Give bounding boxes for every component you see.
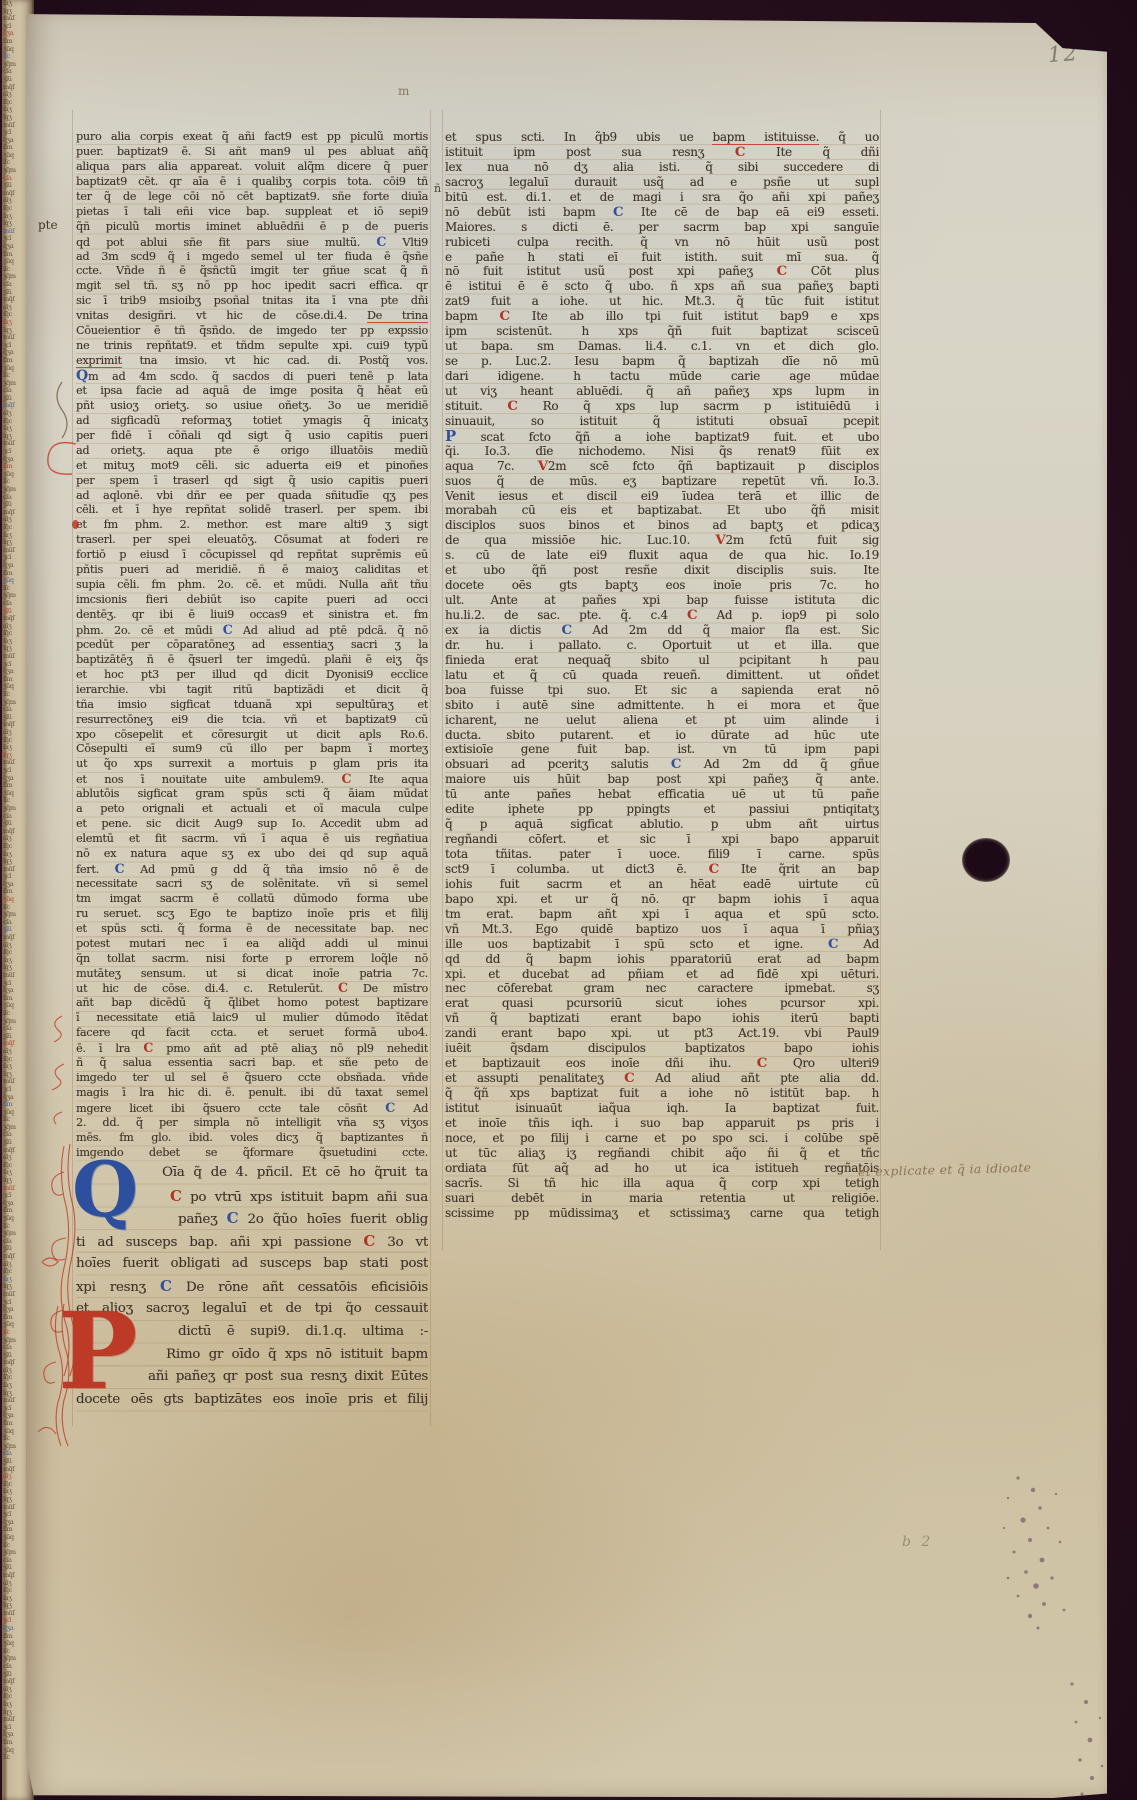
ruling-line-vertical: [430, 110, 431, 1426]
text-line: dentēʒ. qr ibi ē liui9 occas9 et sinistr…: [76, 608, 428, 623]
text-line: Maiores. s dicti ē. per sacrm bap xpi sa…: [445, 220, 879, 235]
parchment-stain: [26, 6, 1107, 126]
text-line: iuēit q̃sdam discipulos baptizatos bapo …: [445, 1041, 879, 1056]
text-line: et pene. sic dicit Aug9 sup Io. Accedit …: [76, 817, 428, 832]
text-line: q̃ q̃ñ xps baptizat fuit a iohe nō istit…: [445, 1086, 879, 1101]
text-line: tota tñitas. pater ī uoce. fili9 ī carne…: [445, 847, 879, 862]
text-line: bitū est. di.1. et de magi i sra q̃o añi…: [445, 190, 879, 205]
text-line: vñ q̃ baptizati erant bapo iohis iterū b…: [445, 1011, 879, 1026]
text-line: xpo cōsepelit et cōresurgit ut dicit apl…: [76, 728, 428, 743]
text-line: P scat fcto q̃ñ a iohe baptizat9 fuit. e…: [445, 429, 879, 444]
text-line: pñt usioʒ orietʒ. so usiue oñetʒ. 3o ue …: [76, 399, 428, 414]
text-line: sbito i autē sine admittente. h ei mora …: [445, 698, 879, 713]
text-line: ad orietʒ. aqua pte ē origo illuatōis me…: [76, 444, 428, 459]
text-line: fortiō p eiusd ī cōcupissel qd repñtat s…: [76, 548, 428, 563]
text-line: istituit ipm post sua resnʒ C Ite q̃ dñi: [445, 145, 879, 160]
text-line: vnitas desigñri. vt hic de cōse.di.4. De…: [76, 309, 428, 324]
text-line: mgere licet ibi q̃suero ccte tale cōsñt …: [76, 1101, 428, 1116]
text-line: sacrīs. Si tñ hic illa aqua q̃ corp xpi …: [445, 1176, 879, 1191]
text-line: baptizat9 cēt. qr aīa ē i qualibʒ corpis…: [76, 175, 428, 190]
text-line: zandi erant bapo xpi. ut pt3 Act.19. vbi…: [445, 1026, 879, 1041]
text-line: zat9 fuit a iohe. ut hic. Mt.3. q̃ tūc f…: [445, 294, 879, 309]
text-line: ut q̃o xps surrexit a mortuis p glam pri…: [76, 757, 428, 772]
text-line: suos q̃ de mūs. eʒ baptizare repetūt vñ.…: [445, 474, 879, 489]
text-line: noce, et po filij i carne et po spo sci.…: [445, 1131, 879, 1146]
text-line: edite iphete pp ppingts et passiui pntiq…: [445, 802, 879, 817]
text-line: necessitate sacri sʒ de solēnitate. vñ s…: [76, 877, 428, 892]
text-line: istitut isinuaūt iaq̃ua iqh. Ia baptizat…: [445, 1101, 879, 1116]
text-line: obsuari ad pceritʒ salutis C Ad 2m dd q̃…: [445, 757, 879, 772]
text-line: bapo xpi. et ur q̃ nō. qr bapm iohis ī a…: [445, 892, 879, 907]
text-line: q̃ p aquā sigficat ablutio. p ubm añt ui…: [445, 817, 879, 832]
text-line: ad sigficadũ reformaʒ totiet ymagis q̃ i…: [76, 414, 428, 429]
text-line: tū ante pañes hebat efficatia uē ut tū p…: [445, 787, 879, 802]
text-line: a peto orignali et actuali et oī macula …: [76, 802, 428, 817]
text-line: ñ q̃ salua essentia sacri bap. et sñe pe…: [76, 1056, 428, 1071]
text-line: ad 3m scd9 q̃ i mgedo semel ul ter fiuda…: [76, 250, 428, 265]
text-line: facere qd facit ccta. et seruet formā ub…: [76, 1026, 428, 1041]
text-line: latu et q̃ cū quada reueñ. dimittent. ut…: [445, 668, 879, 683]
text-line: maiore uis hūit bap post xpi pañeʒ q̃ an…: [445, 772, 879, 787]
text-line: magis ī lra hic di. ē. penult. ibi dū ta…: [76, 1086, 428, 1101]
wormhole: [962, 838, 1010, 882]
text-line: fert. C Ad pmū g dd q̃ tña imsio nō ē de: [76, 862, 428, 877]
text-line: qd pot ablui sñe fit pars siue multũ. C …: [76, 235, 428, 250]
text-line: phm. 2o. cē et mūdi C Ad aliud ad ptē pd…: [76, 623, 428, 638]
text-line: ducta. sbito putarent. et io dūrate ad h…: [445, 728, 879, 743]
text-line: et fm phm. 2. methor. est mare alti9 ʒ s…: [76, 518, 428, 533]
text-line: s. cū de late ei9 fluxit aqua de qua hic…: [445, 548, 879, 563]
text-line: scissime pp mūdissimaʒ et sctissimaʒ car…: [445, 1206, 879, 1221]
text-line: aliqua pars alia appareat. voluit alq̃m …: [76, 160, 428, 175]
text-line: et ipsa facie ad aquā de imge posita q̃ …: [76, 384, 428, 399]
text-line: ipm scistenūt. h xps q̃ñ fuit baptizat s…: [445, 324, 879, 339]
text-line: ille uos baptizabit ī spū scto et igne. …: [445, 937, 879, 952]
text-line: ē. ī lra C pmo añt ad ptē aliaʒ nō pl9 n…: [76, 1041, 428, 1056]
red-ink-dot: [72, 520, 79, 529]
text-line: ru seruet. scʒ Ego te baptizo inoīe pris…: [76, 907, 428, 922]
top-center-mark: m: [398, 84, 409, 98]
text-line: mutāteʒ sensum. ut si dicat inoīe patria…: [76, 967, 428, 982]
text-line: sic ī trib9 msioibʒ psoñal tnitas ita ī …: [76, 294, 428, 309]
text-line: ex ia dictis C Ad 2m dd q̃ maior fla est…: [445, 623, 879, 638]
text-line: regñandi cōfert. et sic ī xpi bapo appar…: [445, 832, 879, 847]
text-line: ut viʒ heant abluēdi. q̃ añ pañeʒ xps lu…: [445, 384, 879, 399]
red-penwork-filigree: [32, 1302, 74, 1452]
text-line: Qm ad 4m scdo. q̃ sacdos di pueri tenē p…: [76, 369, 428, 384]
text-line: puer. baptizat9 ē. Si añt man9 ul pes ab…: [76, 145, 428, 160]
text-line: et baptizauit eos inoīe dñi ihu. C Qro u…: [445, 1056, 879, 1071]
text-line: et nos ī nouitate uite ambulem9. C Ite a…: [76, 772, 428, 787]
text-line: tña imsio sigficat tduanā xpi sepultūraʒ…: [76, 698, 428, 713]
ruling-line-vertical: [880, 110, 881, 1250]
text-line: per fidē ī cōñali qd sigt q̃ usio capiti…: [76, 429, 428, 444]
text-line: imgedo ter ul sel ē q̃suero ccte obsñada…: [76, 1071, 428, 1086]
margin-mark-col2: ñ: [434, 182, 441, 195]
text-line: docete oēs gts baptʒ eos inoīe pris 7c. …: [445, 578, 879, 593]
text-line: sct9 ī columba. ut dict3 ē. C Ite q̃rit …: [445, 862, 879, 877]
speckled-stain: [1052, 1674, 1112, 1800]
text-line: exprimit tna imsio. vt hic cad. di. Post…: [76, 354, 428, 369]
text-line: et assupti penalitateʒ C Ad aliud añt pt…: [445, 1071, 879, 1086]
text-line: ut hic de cōse. di.4. c. Retulerūt. C De…: [76, 981, 428, 996]
text-line: sacroʒ legaluī durauit usq̃ ad e psñe ut…: [445, 175, 879, 190]
ruling-line-vertical: [442, 110, 443, 1250]
speckled-stain: [978, 1468, 1098, 1638]
text-line: dr. hu. i pallato. c. Oportuit ut et ill…: [445, 638, 879, 653]
text-line: elemtū et fit sacrm. vñ ī aqua ē uis reg…: [76, 832, 428, 847]
text-line: per spem ī traserl qd sigt q̃ usio capit…: [76, 474, 428, 489]
text-line: iohis fuit sacrm et an hēat eadē uirtute…: [445, 877, 879, 892]
text-line: se p. Luc.2. Iesu bapm q̃ baptizah dīe n…: [445, 354, 879, 369]
text-line: bapm C Ite ab illo tpi fuit istitut bap9…: [445, 309, 879, 324]
text-line: stituit. C Ro q̃ xps lup sacrm p istitui…: [445, 399, 879, 414]
text-line: ut tūc aliaʒ iʒ regñandi chibit aq̃o ñi …: [445, 1146, 879, 1161]
margin-note-left: pte: [38, 218, 58, 232]
text-line: nō debūt isti bapm C Ite cē de bap eā ei…: [445, 205, 879, 220]
text-line: hu.li.2. de sac. pte. q̃. c.4 C Ad p. io…: [445, 608, 879, 623]
text-line: rubiceti culpa recith. q̃ vn nō hūit usũ…: [445, 235, 879, 250]
red-margin-squiggles: [42, 1012, 72, 1132]
text-line: q̃n tollat sacrm. nisi forte p errorem l…: [76, 952, 428, 967]
text-line: et inoīe tñis iqh. i suo bap apparuit ps…: [445, 1116, 879, 1131]
text-line: supia cēli. fm phm. 2o. cē. et mūdi. Nul…: [76, 578, 428, 593]
text-line: nō fuit istitut usũ post xpi pañeʒ C Cōt…: [445, 264, 879, 279]
text-line: disciplos suos binos et binos ad baptʒ e…: [445, 518, 879, 533]
text-line: ī necessitate etiā laic9 ul mulier dūmod…: [76, 1011, 428, 1026]
illuminated-initial-blue-Q: Q: [72, 1152, 138, 1228]
text-line: imcsionis fieri debiūt iso capite pueri …: [76, 593, 428, 608]
text-line: nec cōferebat gram nec caractere ipmebat…: [445, 981, 879, 996]
text-line: ut bapa. sm Damas. li.4. c.1. vn et dich…: [445, 339, 879, 354]
red-penwork-flourish: [44, 436, 80, 484]
text-line: vñ Mt.3. Ego quidē baptizo uos ī aqua ī …: [445, 922, 879, 937]
text-line: icharent, ne uelut aliena et pt uim alin…: [445, 713, 879, 728]
text-line: et spus scti. In q̃b9 ubis ue bapm istit…: [445, 130, 879, 145]
text-line: mgit sel tñ. sʒ nō pp hoc ipedit sacri e…: [76, 279, 428, 294]
margin-note-right: et explicate et q̃ ia idioate: [858, 1160, 1032, 1180]
photograph-of-manuscript: { "page_number": "12", "signature_mark":…: [0, 0, 1137, 1800]
text-line: xpi. et ducebat ad pñiam et ad fidē xpi …: [445, 967, 879, 982]
text-line: ad aqlonē. vbi dñr ee per quada sñitudīe…: [76, 489, 428, 504]
text-line: Cōueientior ē tñ q̃sñdo. de imgedo ter p…: [76, 324, 428, 339]
page-number: 12: [1047, 41, 1079, 67]
text-line: finieda erat nequaq̃ sbito ul pcipitant …: [445, 653, 879, 668]
text-line: puro alia corpis exeat q̃ añi fact9 est …: [76, 130, 428, 145]
text-line: añt bap dicēdū q̃ q̃libet homo potest ba…: [76, 996, 428, 1011]
text-line: extisioīe gene fuit bap. ist. vn tū ipm …: [445, 742, 879, 757]
text-line: de qua missiōe hic. Luc.10. V2m fctū fui…: [445, 533, 879, 548]
manuscript-page: puro alia corpis exeat q̃ añi fact9 est …: [26, 6, 1107, 1798]
text-line: morabah cū eis et baptizabat. Et ubo q̃ñ…: [445, 503, 879, 518]
text-line: q̃ñ piculũ mortis iminet abluēdñi ē p de…: [76, 220, 428, 235]
text-line: e pañe h stati eī fuit istith. suit mī s…: [445, 250, 879, 265]
text-line: sinuauit, so istituit q̃ istituti obsuaī…: [445, 414, 879, 429]
text-line: baptizātēʒ ñ ē q̃suerl ter imgedū. plañi…: [76, 653, 428, 668]
text-line: et mituʒ mot9 cēli. sic aduerta ei9 et p…: [76, 459, 428, 474]
text-line: ordiata fūt aq̃ ad ho ut ica istitueh re…: [445, 1161, 879, 1176]
text-line: aqua 7c. V2m scē fcto q̃ñ baptizauit p d…: [445, 459, 879, 474]
text-line: traserl. per spei eleuatōʒ. Cōsumat at f…: [76, 533, 428, 548]
text-line: erat quasi pcursoriū sicut iohes pcursor…: [445, 996, 879, 1011]
text-line: tm imgat sacrm ē collatū dūmodo forma ub…: [76, 892, 428, 907]
text-line: mēs. fm glo. ibid. voles dicʒ q̃ baptiza…: [76, 1131, 428, 1146]
text-line: lex nua nō dʒ alia isti. q̃ sibi succede…: [445, 160, 879, 175]
text-line: resurrectōneʒ ei9 die tcia. vñ et baptiz…: [76, 713, 428, 728]
text-line: potest mutari nec ī ea aliq̃d addi ul mi…: [76, 937, 428, 952]
text-line: cēli. et ī hye repñtat solidē traserl. p…: [76, 503, 428, 518]
text-line: pñtis pueri ad meridiē. ñ ē maioʒ calidi…: [76, 563, 428, 578]
text-line: et hoc pt3 per illud qd dicit Dyonisi9 e…: [76, 668, 428, 683]
text-line: ter q̃ de lege cōi nō cēt baptizat9. sñe…: [76, 190, 428, 205]
text-line: ne trinis repñtat9. et tñdm sepulte xpi.…: [76, 339, 428, 354]
text-line: pietas ī tali eñi vice bap. suppleat et …: [76, 205, 428, 220]
text-line: suari debēt in maria retentia ut religiō…: [445, 1191, 879, 1206]
text-line: et ubo q̃ñ post resñe dixit disciplis su…: [445, 563, 879, 578]
quire-signature: b 2: [902, 1534, 933, 1550]
text-line: Cōsepulti eī sum9 cū illo per bapm ī mor…: [76, 742, 428, 757]
text-column-left: puro alia corpis exeat q̃ añi fact9 est …: [76, 130, 428, 1161]
text-line: et spūs scti. q̃ forma ē de necessitate …: [76, 922, 428, 937]
margin-tie-mark: [50, 380, 70, 440]
text-line: hoīes fuerit obligati ad susceps bap sta…: [76, 1253, 428, 1276]
text-line: ablutōis sigficat gram spūs scti q̃ āiam…: [76, 787, 428, 802]
text-line: pcedūt per cōparatōneʒ ad essentiaʒ sacr…: [76, 638, 428, 653]
text-line: nō ex natura aque sʒ ex ubo dei qd sup a…: [76, 847, 428, 862]
text-line: ccte. Vñde ñ ē q̃sñctũ imgit ter gñue sc…: [76, 264, 428, 279]
text-line: ē istitui ē ē scto q̃ ubo. ñ xps añ sua …: [445, 279, 879, 294]
text-line: 2. dd. q̃ per simpla nō intelligit vña s…: [76, 1116, 428, 1131]
text-column-right: et spus scti. In q̃b9 ubis ue bapm istit…: [445, 130, 879, 1220]
text-line: dari idigene. h tactu mūde carie age mūd…: [445, 369, 879, 384]
text-line: tm erat. bapm añt xpi ī aqua et spū scto…: [445, 907, 879, 922]
text-line: boa fuisse tpi suo. Et sic a sapienda er…: [445, 683, 879, 698]
text-line: ierarchie. vbi tagit ritū baptizādi et d…: [76, 683, 428, 698]
text-line: q̃i. Io.3. dīe nichodemo. Nisi q̃s renat…: [445, 444, 879, 459]
text-line: qd dd q̃ bapm iohis pparatoriū erat ad b…: [445, 952, 879, 967]
text-line: ult. Ante at pañes xpi bap fuisse istitu…: [445, 593, 879, 608]
text-line: Venit iesus et discil ei9 īudea terā et …: [445, 489, 879, 504]
